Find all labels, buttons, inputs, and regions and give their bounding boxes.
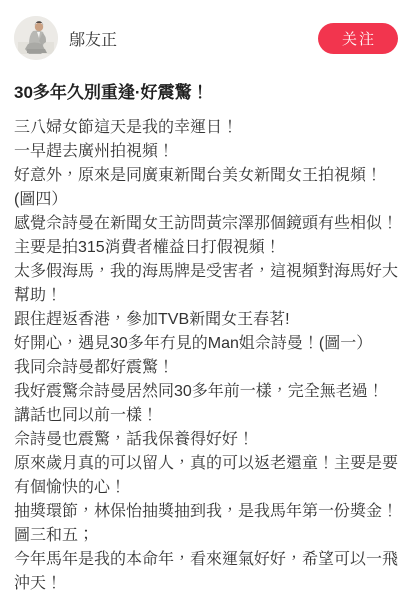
user-avatar[interactable] xyxy=(14,16,58,60)
post-body-line: 跟住趕返香港，參加TVB新聞女王春茗! xyxy=(14,308,398,332)
post-body-line: 主要是拍315消費者權益日打假視頻！ xyxy=(14,236,398,260)
post-card: 鄔友正 关注 30多年久別重逢·好震驚！ 三八婦女節這天是我的幸運日！一早趕去廣… xyxy=(0,0,412,614)
avatar-person-icon xyxy=(14,16,58,60)
post-body-line: 太多假海馬，我的海馬牌是受害者，這視頻對海馬好大幫助！ xyxy=(14,260,398,308)
post-body-line: 三八婦女節這天是我的幸運日！ xyxy=(14,116,398,140)
post-body-line: 好意外，原來是同廣東新聞台美女新聞女王拍視頻！(圖四） xyxy=(14,164,398,212)
username[interactable]: 鄔友正 xyxy=(69,27,318,50)
post-body-line: 我好震驚佘詩曼居然同30多年前一樣，完全無老過！ xyxy=(14,380,398,404)
post-content: 30多年久別重逢·好震驚！ 三八婦女節這天是我的幸運日！一早趕去廣州拍視頻！好意… xyxy=(0,60,412,614)
follow-button[interactable]: 关注 xyxy=(318,23,398,54)
post-body-line: 一早趕去廣州拍視頻！ xyxy=(14,140,398,164)
post-body-line: 我同佘詩曼都好震驚！ xyxy=(14,356,398,380)
post-body-line: 原來歲月真的可以留人，真的可以返老還童！主要是要有個愉快的心！ xyxy=(14,452,398,500)
post-body-line: 講話也同以前一樣！ xyxy=(14,404,398,428)
post-title: 30多年久別重逢·好震驚！ xyxy=(14,82,398,105)
post-body: 三八婦女節這天是我的幸運日！一早趕去廣州拍視頻！好意外，原來是同廣東新聞台美女新… xyxy=(14,116,398,596)
post-body-line: 佘詩曼也震驚，話我保養得好好！ xyxy=(14,428,398,452)
post-body-line: 今年馬年是我的本命年，看來運氣好好，希望可以一飛沖天！ xyxy=(14,548,398,596)
post-body-line: 感覺佘詩曼在新聞女王訪問黃宗澤那個鏡頭有些相似！ xyxy=(14,212,398,236)
post-body-line: 抽獎環節，林保怡抽獎抽到我，是我馬年第一份獎金！圖三和五； xyxy=(14,500,398,548)
post-header: 鄔友正 关注 xyxy=(0,0,412,60)
post-body-line: 好開心，遇見30多年冇見的Man姐佘詩曼！(圖一） xyxy=(14,332,398,356)
